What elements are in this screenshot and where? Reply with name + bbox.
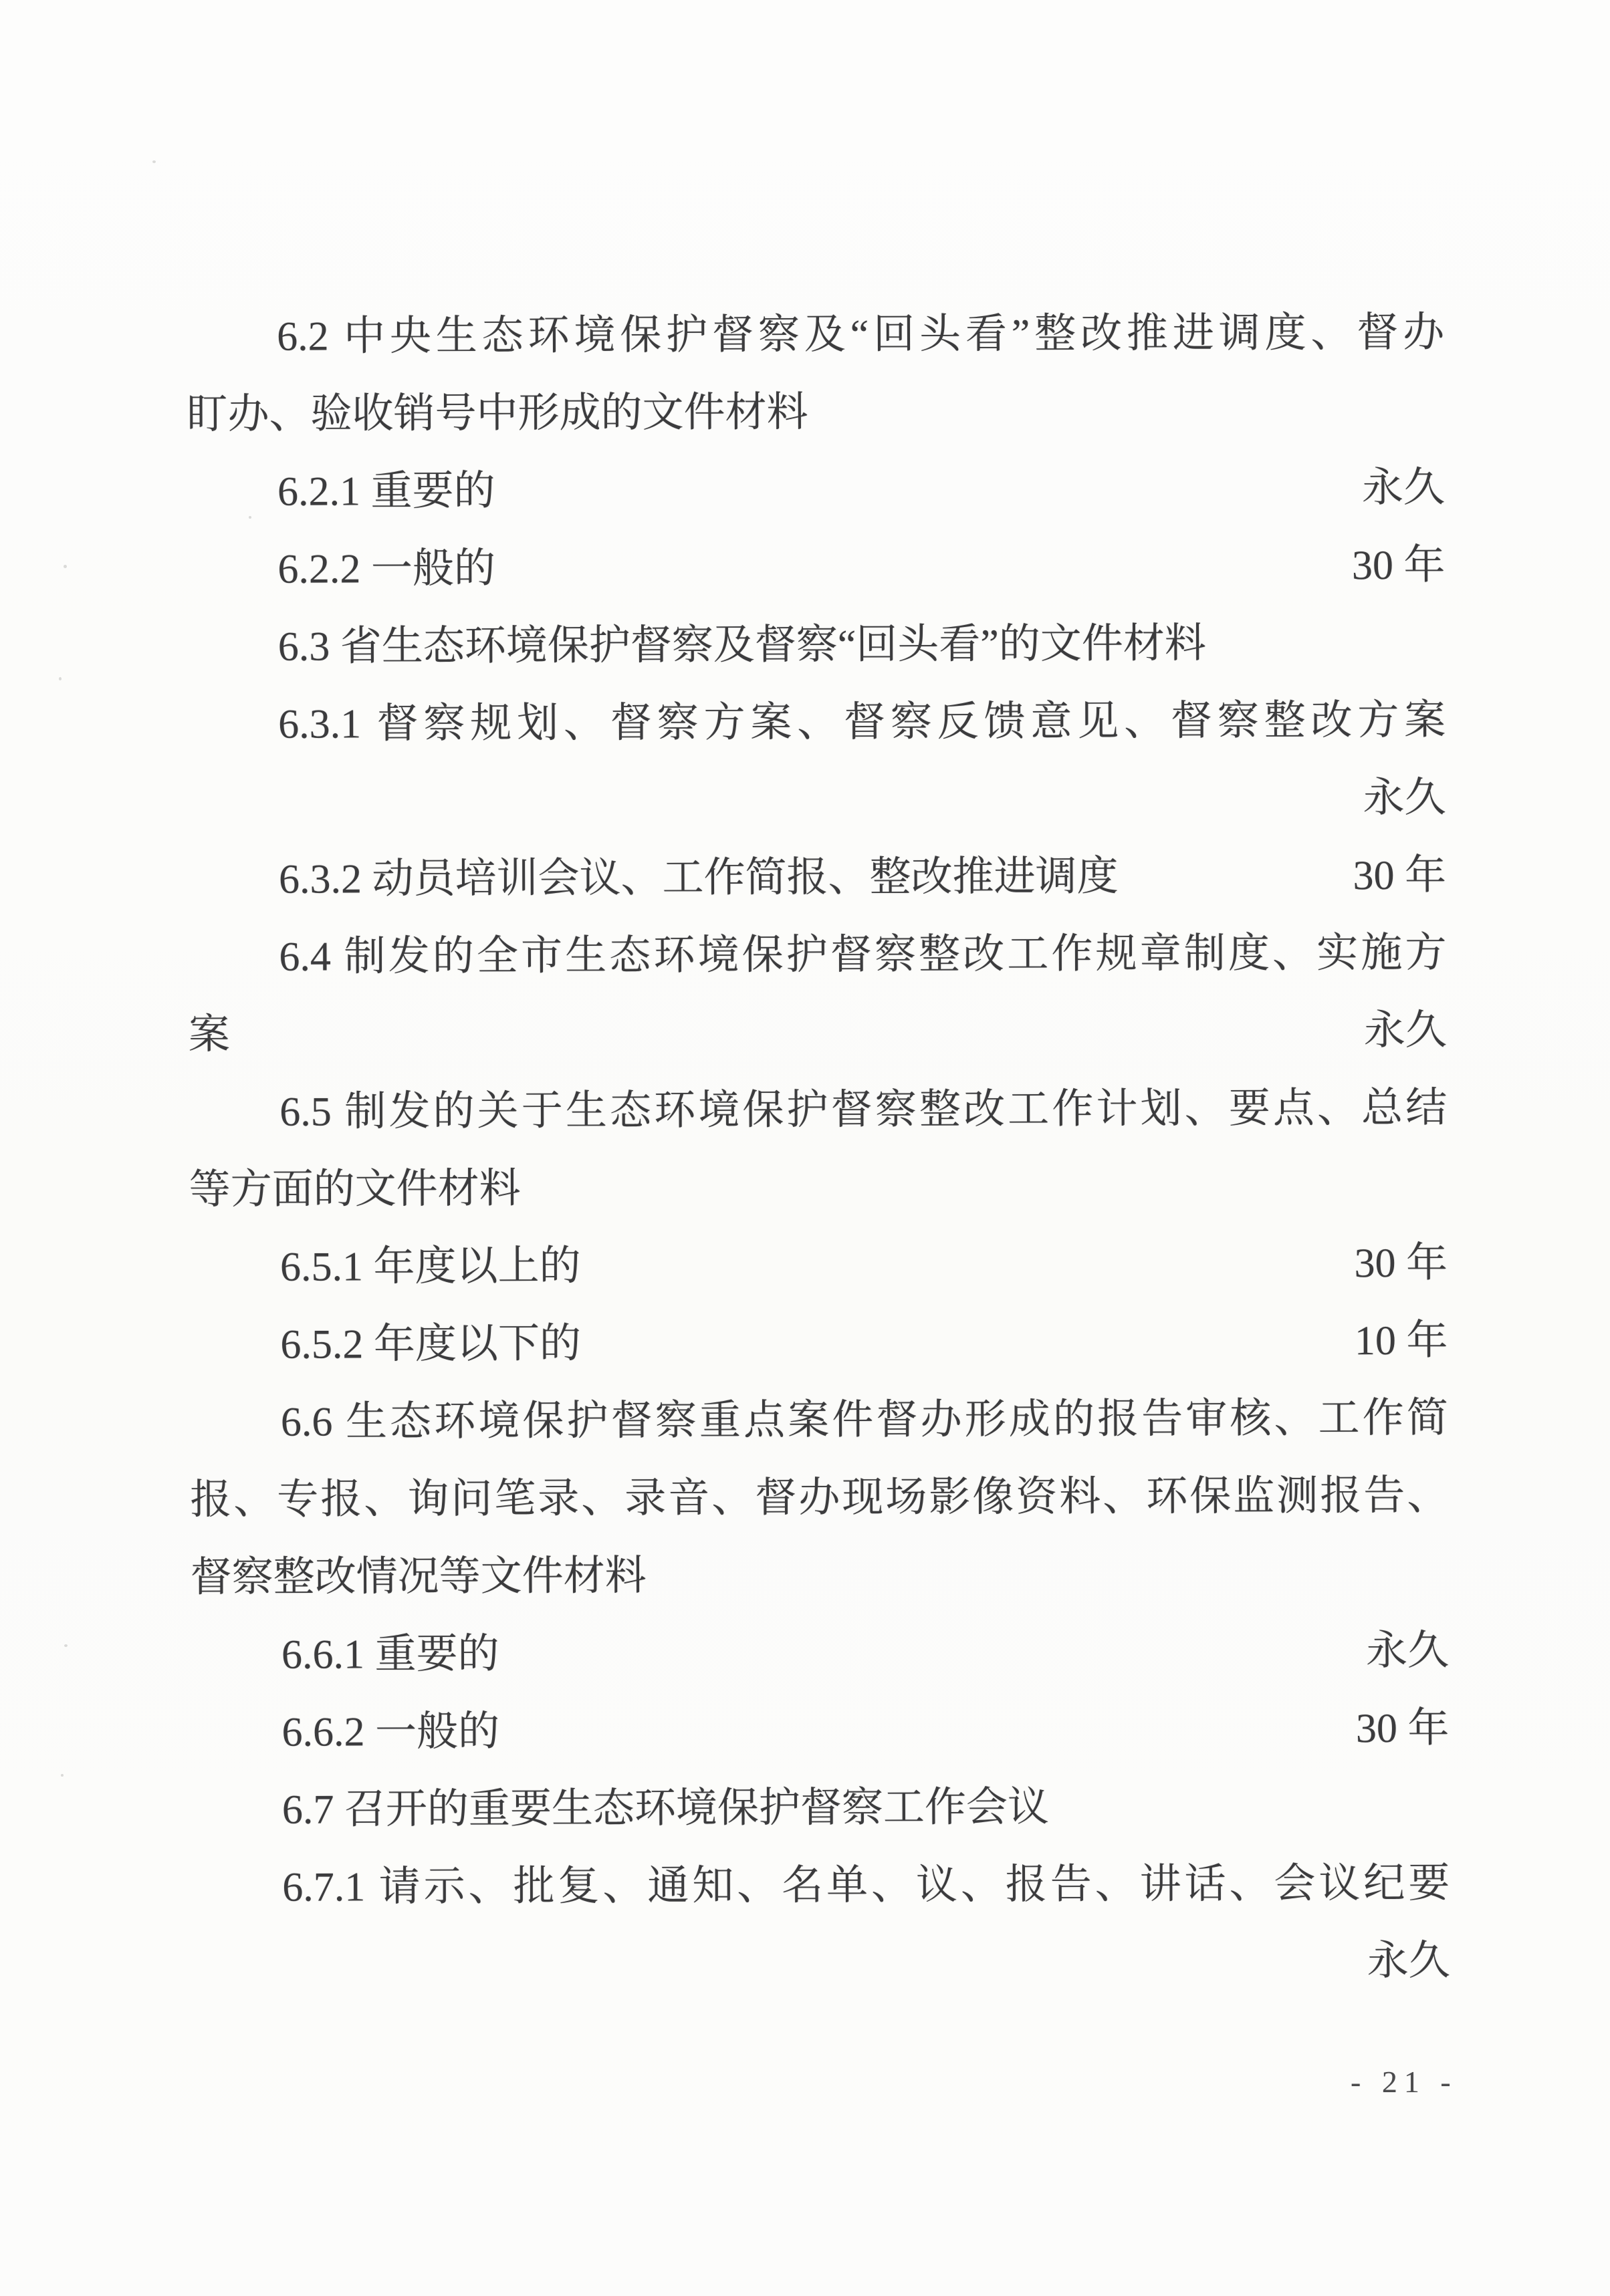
text-line: 6.3 省生态环境保护督察及督察“回头看”的文件材料 bbox=[187, 604, 1446, 686]
text-line: 6.6 生态环境保护督察重点案件督办形成的报告审核、工作简 bbox=[190, 1380, 1448, 1462]
entry-title: 案 bbox=[189, 996, 230, 1073]
schedule-entry: 6.6.2 一般的 30 年 bbox=[191, 1690, 1449, 1772]
scan-speck bbox=[249, 516, 251, 519]
retention-period: 永久 bbox=[1362, 449, 1445, 527]
retention-period: 30 年 bbox=[1353, 837, 1446, 914]
scan-speck bbox=[152, 160, 156, 163]
entry-title: 6.6.1 重要的 bbox=[281, 1616, 499, 1694]
entry-title: 6.6.2 一般的 bbox=[281, 1693, 499, 1771]
retention-period: 30 年 bbox=[1354, 1225, 1448, 1302]
text-line: 6.3.1 督察规划、督察方案、督察反馈意见、督察整改方案 bbox=[187, 682, 1446, 764]
retention-period: 永久 bbox=[1363, 759, 1446, 837]
retention-period: 10 年 bbox=[1355, 1302, 1448, 1380]
page-number: - 21 - bbox=[1351, 2064, 1464, 2099]
text-line: 6.5 制发的关于生态环境保护督察整改工作计划、要点、总结 bbox=[189, 1069, 1447, 1152]
schedule-entry: 6.2.1 重要的 永久 bbox=[187, 449, 1445, 531]
entry-title: 6.2.1 重要的 bbox=[277, 453, 495, 531]
retention-period: 永久 bbox=[1366, 1612, 1449, 1690]
schedule-entry: 案 永久 bbox=[189, 992, 1447, 1074]
entry-title: 6.5.1 年度以上的 bbox=[280, 1227, 581, 1306]
schedule-entry: 6.6.1 重要的 永久 bbox=[191, 1612, 1449, 1694]
retention-period: 30 年 bbox=[1352, 527, 1446, 604]
schedule-entry: 6.3.2 动员培训会议、工作简报、整改推进调度 30 年 bbox=[188, 837, 1446, 919]
schedule-entry: 6.5.2 年度以下的 10 年 bbox=[189, 1302, 1448, 1384]
scan-speck bbox=[64, 1644, 68, 1647]
text-line: 6.2 中央生态环境保护督察及“回头看”整改推进调度、督办 bbox=[186, 294, 1444, 376]
scan-speck bbox=[64, 565, 67, 568]
text-line: 等方面的文件材料 bbox=[189, 1147, 1447, 1229]
entry-title: 6.2.2 一般的 bbox=[277, 530, 495, 608]
scan-speck bbox=[59, 677, 62, 680]
text-line: 督察整改情况等文件材料 bbox=[190, 1535, 1448, 1617]
retention-period: 永久 bbox=[1367, 1922, 1450, 2000]
schedule-entry: 6.2.2 一般的 30 年 bbox=[187, 527, 1445, 609]
retention-period: 永久 bbox=[1364, 992, 1447, 1069]
document-text-block: 6.2 中央生态环境保护督察及“回头看”整改推进调度、督办 盯办、验收销号中形成… bbox=[186, 294, 1450, 2005]
scanned-document-page: 6.2 中央生态环境保护督察及“回头看”整改推进调度、督办 盯办、验收销号中形成… bbox=[0, 0, 1610, 2296]
scan-speck bbox=[61, 1774, 64, 1777]
text-line: 盯办、验收销号中形成的文件材料 bbox=[186, 372, 1444, 454]
schedule-entry: 6.5.1 年度以上的 30 年 bbox=[189, 1225, 1448, 1307]
entry-title: 6.3.2 动员培训会议、工作简报、整改推进调度 bbox=[279, 838, 1119, 918]
schedule-entry: 永久 bbox=[192, 1922, 1450, 2005]
schedule-entry: 永久 bbox=[187, 759, 1446, 842]
text-line: 6.7 召开的重要生态环境保护督察工作会议 bbox=[191, 1767, 1450, 1849]
retention-period: 30 年 bbox=[1356, 1690, 1450, 1767]
text-line: 6.4 制发的全市生态环境保护督察整改工作规章制度、实施方 bbox=[188, 914, 1446, 997]
text-line: 6.7.1 请示、批复、通知、名单、议、报告、讲话、会议纪要 bbox=[191, 1845, 1450, 1927]
entry-title: 6.5.2 年度以下的 bbox=[280, 1305, 581, 1384]
text-line: 报、专报、询问笔录、录音、督办现场影像资料、环保监测报告、 bbox=[190, 1457, 1448, 1539]
